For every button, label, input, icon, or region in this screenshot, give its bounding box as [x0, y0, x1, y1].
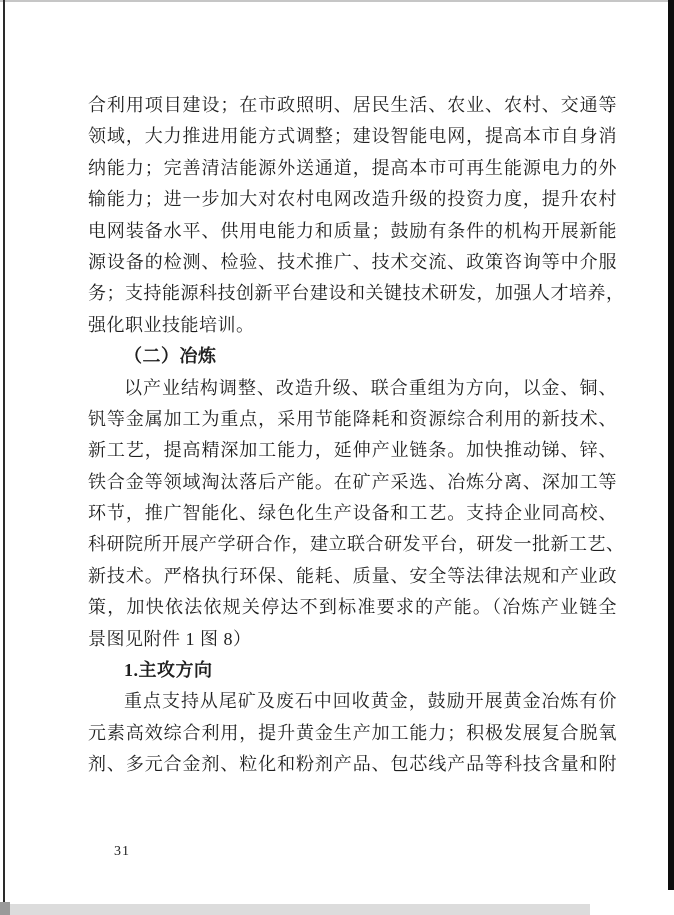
text-line: 景图见附件 1 图 8）: [88, 624, 617, 655]
text-line: 领域，大力推进用能方式调整；建设智能电网，提高本市自身消: [88, 121, 617, 152]
subsection-heading: 1.主攻方向: [88, 655, 617, 686]
scan-edge-top: [0, 0, 668, 2]
text-line: 铁合金等领域淘汰落后产能。在矿产采选、冶炼分离、深加工等: [88, 467, 617, 498]
text-line: 电网装备水平、供用电能力和质量；鼓励有条件的机构开展新能: [88, 216, 617, 247]
text-line: 钒等金属加工为重点，采用节能降耗和资源综合利用的新技术、: [88, 404, 617, 435]
text-line: 新工艺，提高精深加工能力，延伸产业链条。加快推动锑、锌、: [88, 435, 617, 466]
scan-edge-bottom-left: [0, 902, 10, 915]
text-block: 合利用项目建设；在市政照明、居民生活、农业、农村、交通等 领域，大力推进用能方式…: [88, 90, 617, 781]
scan-edge-left: [3, 0, 5, 902]
text-line: 纳能力；完善清洁能源外送通道，提高本市可再生能源电力的外: [88, 153, 617, 184]
text-line: 合利用项目建设；在市政照明、居民生活、农业、农村、交通等: [88, 90, 617, 121]
scan-edge-bottom: [0, 904, 590, 915]
text-line: 科研院所开展产学研合作，建立联合研发平台，研发一批新工艺、: [88, 529, 617, 560]
section-heading: （二）冶炼: [88, 341, 617, 372]
text-line: 环节，推广智能化、绿色化生产设备和工艺。支持企业同高校、: [88, 498, 617, 529]
text-line: 输能力；进一步加大对农村电网改造升级的投资力度，提升农村: [88, 184, 617, 215]
text-line: 以产业结构调整、改造升级、联合重组为方向，以金、铜、: [88, 373, 617, 404]
scan-edge-right: [668, 0, 674, 890]
text-line: 剂、多元合金剂、粒化和粉剂产品、包芯线产品等科技含量和附: [88, 749, 617, 780]
text-line: 重点支持从尾矿及废石中回收黄金，鼓励开展黄金冶炼有价: [88, 686, 617, 717]
text-line: 策，加快依法依规关停达不到标准要求的产能。（冶炼产业链全: [88, 592, 617, 623]
page-number: 31: [114, 844, 130, 860]
text-line: 强化职业技能培训。: [88, 310, 617, 341]
text-line: 务；支持能源科技创新平台建设和关键技术研发，加强人才培养，: [88, 278, 617, 309]
text-line: 源设备的检测、检验、技术推广、技术交流、政策咨询等中介服: [88, 247, 617, 278]
text-line: 新技术。严格执行环保、能耗、质量、安全等法律法规和产业政: [88, 561, 617, 592]
text-line: 元素高效综合利用，提升黄金生产加工能力；积极发展复合脱氧: [88, 718, 617, 749]
document-page: 合利用项目建设；在市政照明、居民生活、农业、农村、交通等 领域，大力推进用能方式…: [0, 0, 674, 915]
